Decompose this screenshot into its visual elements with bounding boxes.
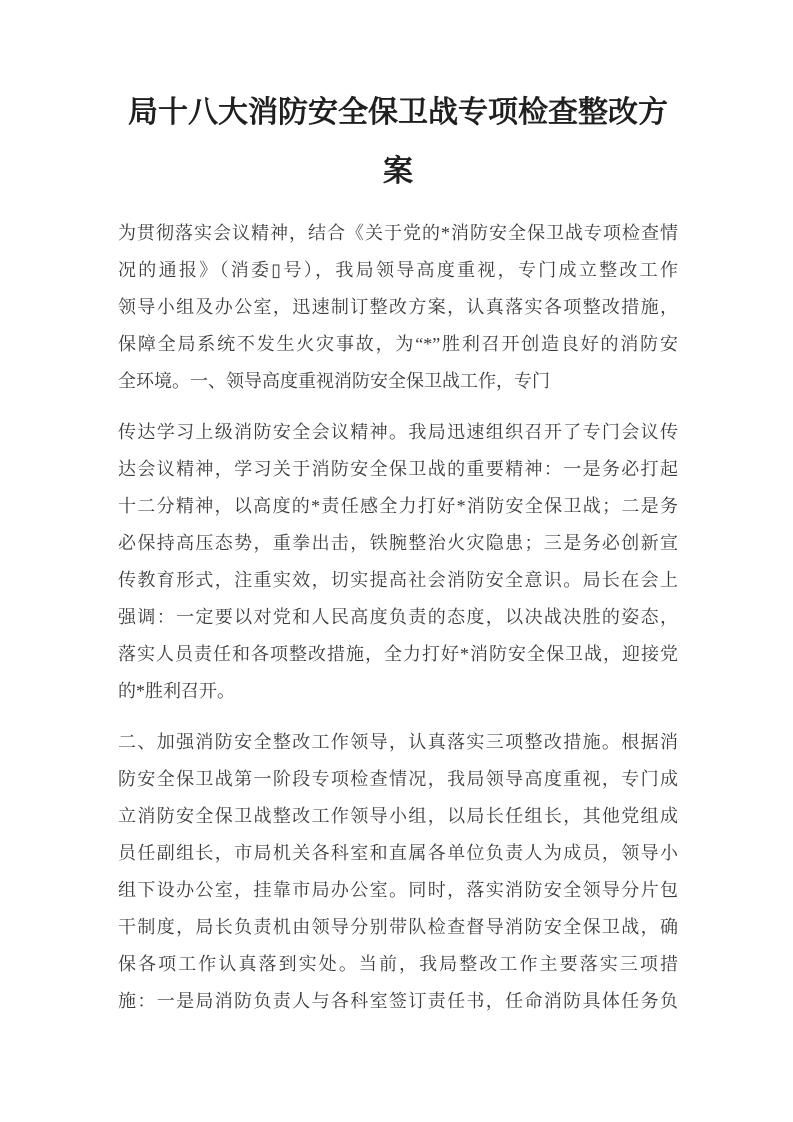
text-line: 达会议精神，学习关于消防安全保卫战的重要精神：一是务必打起 (118, 451, 678, 488)
text-line: 落实人员责任和各项整改措施，全力打好*消防安全保卫战，迎接党 (118, 636, 678, 673)
text-line: 传教育形式，注重实效，切实提高社会消防安全意识。局长在会上 (118, 562, 678, 599)
text-line: 干制度，局长负责机由领导分别带队检查督导消防安全保卫战，确 (118, 909, 678, 946)
paragraph: 传达学习上级消防安全会议精神。我局迅速组织召开了专门会议传达会议精神，学习关于消… (118, 414, 678, 710)
document-body: 为贯彻落实会议精神，结合《关于党的*消防安全保卫战专项检查情况的通报》（消委▯号… (118, 215, 678, 1020)
text-line: 的*胜利召开。 (118, 673, 678, 710)
paragraph: 为贯彻落实会议精神，结合《关于党的*消防安全保卫战专项检查情况的通报》（消委▯号… (118, 215, 678, 400)
text-line: 领导小组及办公室，迅速制订整改方案，认真落实各项整改措施， (118, 289, 678, 326)
paragraph: 二、加强消防安全整改工作领导，认真落实三项整改措施。根据消防安全保卫战第一阶段专… (118, 724, 678, 1020)
text-line: 全环境。一、领导高度重视消防安全保卫战工作，专门 (118, 363, 678, 400)
title-line: 案 (118, 142, 678, 201)
text-line: 组下设办公室，挂靠市局办公室。同时，落实消防安全领导分片包 (118, 872, 678, 909)
text-line: 为贯彻落实会议精神，结合《关于党的*消防安全保卫战专项检查情 (118, 215, 678, 252)
text-line: 保各项工作认真落到实处。当前，我局整改工作主要落实三项措 (118, 946, 678, 983)
document-page: 局十八大消防安全保卫战专项检查整改方案 为贯彻落实会议精神，结合《关于党的*消防… (0, 0, 793, 1122)
text-line: 立消防安全保卫战整改工作领导小组，以局长任组长，其他党组成 (118, 798, 678, 835)
document-title: 局十八大消防安全保卫战专项检查整改方案 (118, 83, 678, 201)
text-line: 况的通报》（消委▯号），我局领导高度重视，专门成立整改工作 (118, 252, 678, 289)
text-line: 防安全保卫战第一阶段专项检查情况，我局领导高度重视，专门成 (118, 761, 678, 798)
text-line: 施：一是局消防负责人与各科室签订责任书，任命消防具体任务负 (118, 983, 678, 1020)
text-line: 强调：一定要以对党和人民高度负责的态度，以决战决胜的姿态， (118, 599, 678, 636)
text-line: 十二分精神，以高度的*责任感全力打好*消防安全保卫战；二是务 (118, 488, 678, 525)
text-line: 传达学习上级消防安全会议精神。我局迅速组织召开了专门会议传 (118, 414, 678, 451)
text-line: 二、加强消防安全整改工作领导，认真落实三项整改措施。根据消 (118, 724, 678, 761)
text-line: 必保持高压态势，重拳出击，铁腕整治火灾隐患；三是务必创新宣 (118, 525, 678, 562)
text-line: 员任副组长，市局机关各科室和直属各单位负责人为成员，领导小 (118, 835, 678, 872)
text-line: 保障全局系统不发生火灾事故，为“*”胜利召开创造良好的消防安 (118, 326, 678, 363)
title-line: 局十八大消防安全保卫战专项检查整改方 (118, 83, 678, 142)
